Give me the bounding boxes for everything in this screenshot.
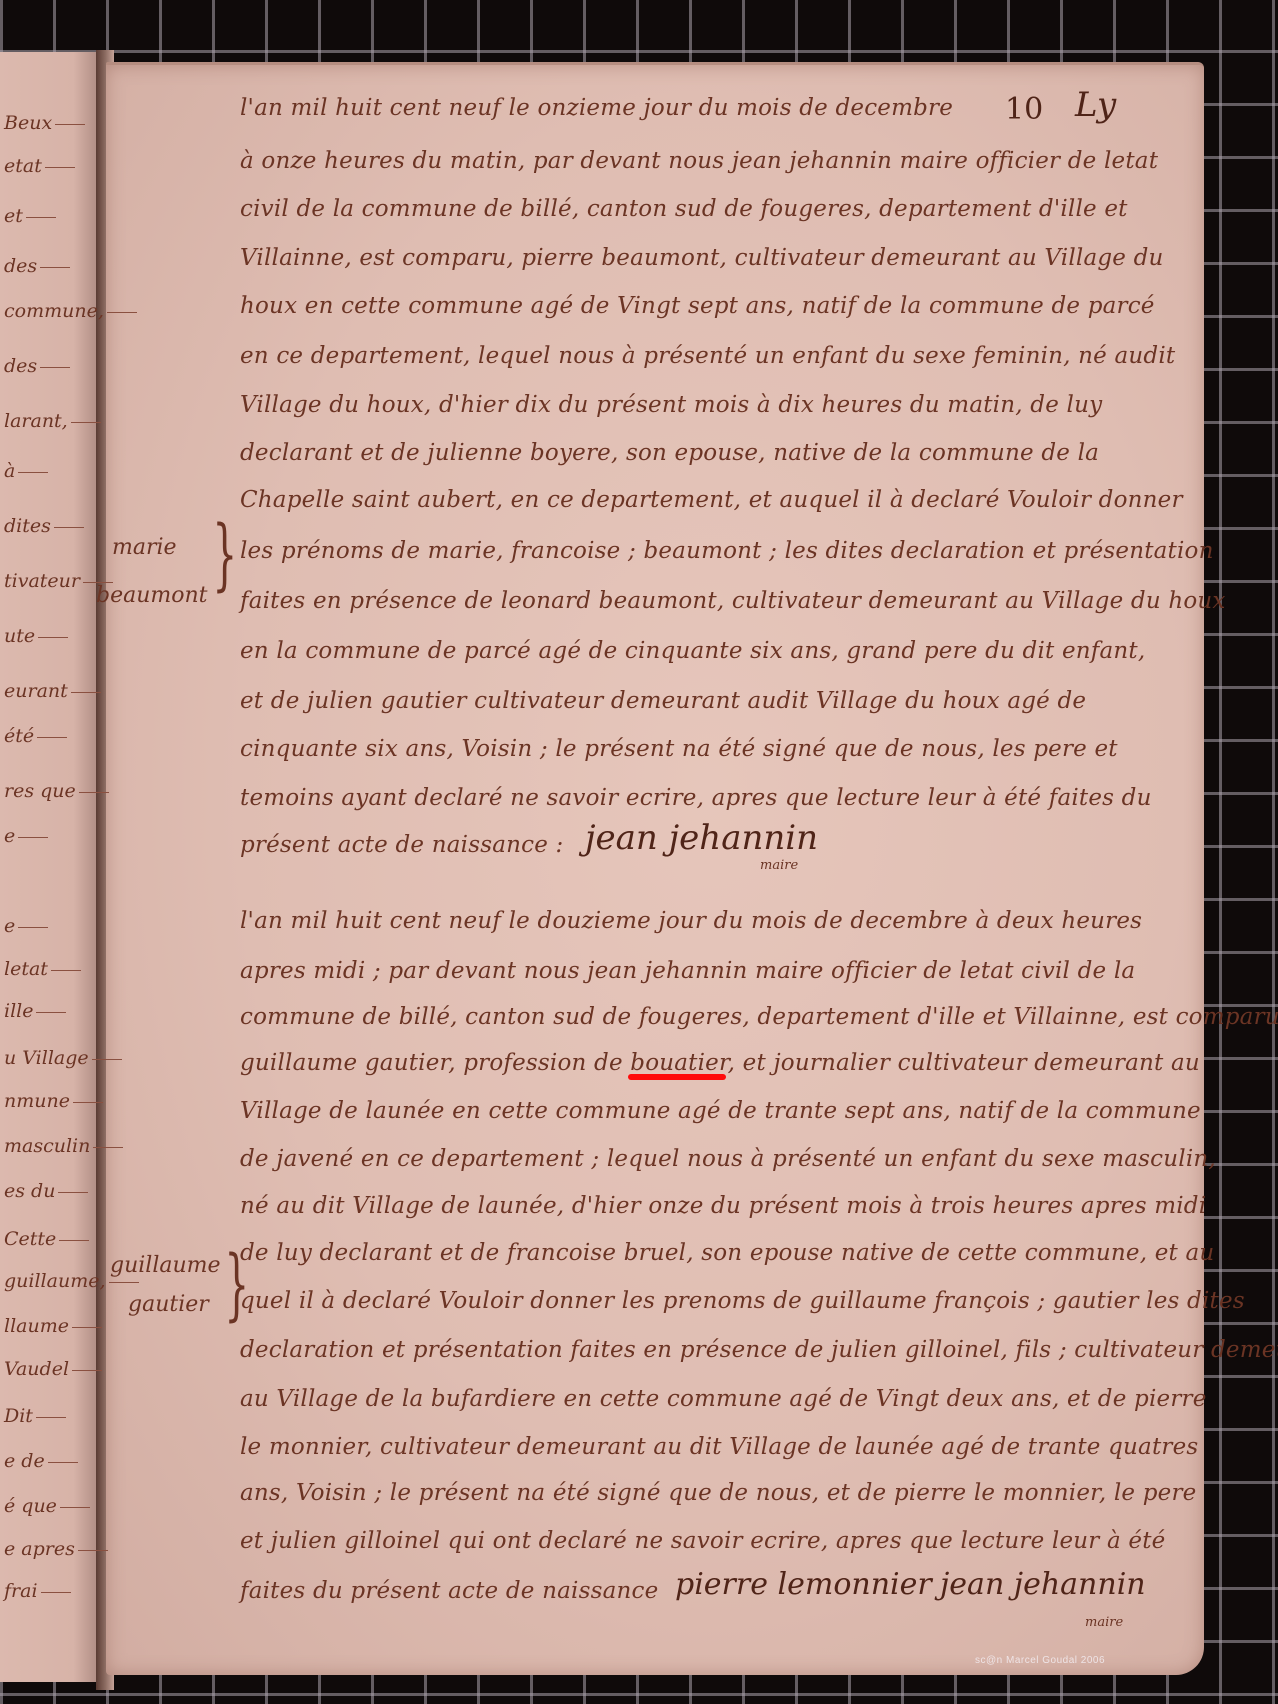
highlight-underline — [628, 1074, 726, 1080]
folio-flourish: Ly — [1075, 85, 1116, 125]
entry-line: declaration et présentation faites en pr… — [240, 1337, 1278, 1363]
left-fragment: Dit — [4, 1405, 66, 1427]
left-fragment: llaume — [4, 1315, 102, 1337]
left-fragment: é que — [4, 1495, 90, 1517]
entry-line: apres midi ; par devant nous jean jehann… — [240, 958, 1135, 984]
left-fragment: larant, — [4, 410, 101, 432]
left-fragment: es du — [4, 1180, 88, 1202]
scan-watermark: sc@n Marcel Goudal 2006 — [975, 1655, 1105, 1666]
entry-line: faites du présent acte de naissance — [240, 1578, 658, 1604]
entry-line: Village de launée en cette commune agé d… — [240, 1098, 1201, 1124]
left-fragment: commune, — [4, 300, 137, 322]
left-fragment: e de — [4, 1450, 78, 1472]
entry-line: temoins ayant declaré ne savoir ecrire, … — [240, 785, 1152, 811]
entry-line: Chapelle saint aubert, en ce departement… — [240, 487, 1183, 513]
entry-line: Villainne, est comparu, pierre beaumont,… — [240, 245, 1164, 271]
entry-line: commune de billé, canton sud de fougeres… — [240, 1004, 1278, 1030]
left-fragment: etat — [4, 155, 75, 177]
entry-line: quel il à declaré Vouloir donner les pre… — [240, 1288, 1245, 1314]
left-fragment: des — [4, 255, 70, 277]
entry-line: l'an mil huit cent neuf le onzieme jour … — [240, 95, 953, 121]
margin-name-last: beaumont — [96, 583, 208, 608]
left-fragment: Beux — [4, 112, 85, 134]
entry-line: présent acte de naissance : — [240, 832, 563, 858]
left-fragment: u Village — [4, 1047, 122, 1069]
entry-line: cinquante six ans, Voisin ; le présent n… — [240, 736, 1118, 762]
signature-title: maire — [1085, 1615, 1123, 1630]
left-fragment: à — [4, 460, 48, 482]
entry-line: declarant et de julienne boyere, son epo… — [240, 440, 1099, 466]
left-fragment: letat — [4, 958, 81, 980]
entry-line: Village du houx, d'hier dix du présent m… — [240, 392, 1102, 418]
entry-line: faites en présence de leonard beaumont, … — [240, 588, 1226, 614]
entry-line: le monnier, cultivateur demeurant au dit… — [240, 1434, 1198, 1460]
left-fragment: et — [4, 205, 56, 227]
left-fragment: eurant — [4, 680, 101, 702]
entry-line: civil de la commune de billé, canton sud… — [240, 196, 1128, 222]
entry-line: en la commune de parcé agé de cinquante … — [240, 638, 1145, 664]
entry-line: né au dit Village de launée, d'hier onze… — [240, 1193, 1206, 1219]
entry-line: à onze heures du matin, par devant nous … — [240, 148, 1158, 174]
left-fragment: Cette — [4, 1228, 89, 1250]
margin-name-last: gautier — [128, 1292, 209, 1317]
left-fragment: ute — [4, 625, 68, 647]
entry-line: houx en cette commune agé de Vingt sept … — [240, 293, 1155, 319]
left-fragment: Vaudel — [4, 1358, 102, 1380]
margin-name-first: guillaume — [110, 1253, 221, 1278]
mayor-signature: jean jehannin — [585, 818, 818, 858]
left-fragment: masculin — [4, 1135, 123, 1157]
left-fragment: nmune — [4, 1090, 103, 1112]
left-fragment: e apres — [4, 1538, 108, 1560]
margin-brace: } — [212, 510, 237, 600]
margin-name-first: marie — [112, 535, 177, 560]
entry-number: 10 — [1005, 92, 1043, 127]
left-fragment: dites — [4, 515, 84, 537]
left-fragment: res que — [4, 780, 109, 802]
entry-line: et de julien gautier cultivateur demeura… — [240, 688, 1086, 714]
entry-line: en ce departement, lequel nous à présent… — [240, 343, 1175, 369]
left-fragment: e — [4, 825, 48, 847]
left-fragment: ille — [4, 1000, 66, 1022]
witness-signature: pierre lemonnier — [675, 1567, 932, 1602]
entry-line: les prénoms de marie, francoise ; beaumo… — [240, 538, 1214, 564]
entry-line: de javené en ce departement ; lequel nou… — [240, 1146, 1216, 1172]
left-fragment: frai — [4, 1580, 71, 1602]
entry-line: guillaume gautier, profession de bouatie… — [240, 1050, 1200, 1076]
left-fragment: été — [4, 725, 67, 747]
signature-title: maire — [760, 858, 798, 873]
left-fragment: des — [4, 355, 70, 377]
left-fragment: e — [4, 915, 48, 937]
entry-line: de luy declarant et de francoise bruel, … — [240, 1240, 1214, 1266]
entry-line: ans, Voisin ; le présent na été signé qu… — [240, 1480, 1196, 1506]
left-page — [0, 52, 105, 1682]
entry-line: l'an mil huit cent neuf le douzieme jour… — [240, 908, 1142, 934]
entry-line: et julien gilloinel qui ont declaré ne s… — [240, 1528, 1166, 1554]
mayor-signature: jean jehannin — [940, 1567, 1146, 1602]
entry-line: au Village de la bufardiere en cette com… — [240, 1386, 1207, 1412]
